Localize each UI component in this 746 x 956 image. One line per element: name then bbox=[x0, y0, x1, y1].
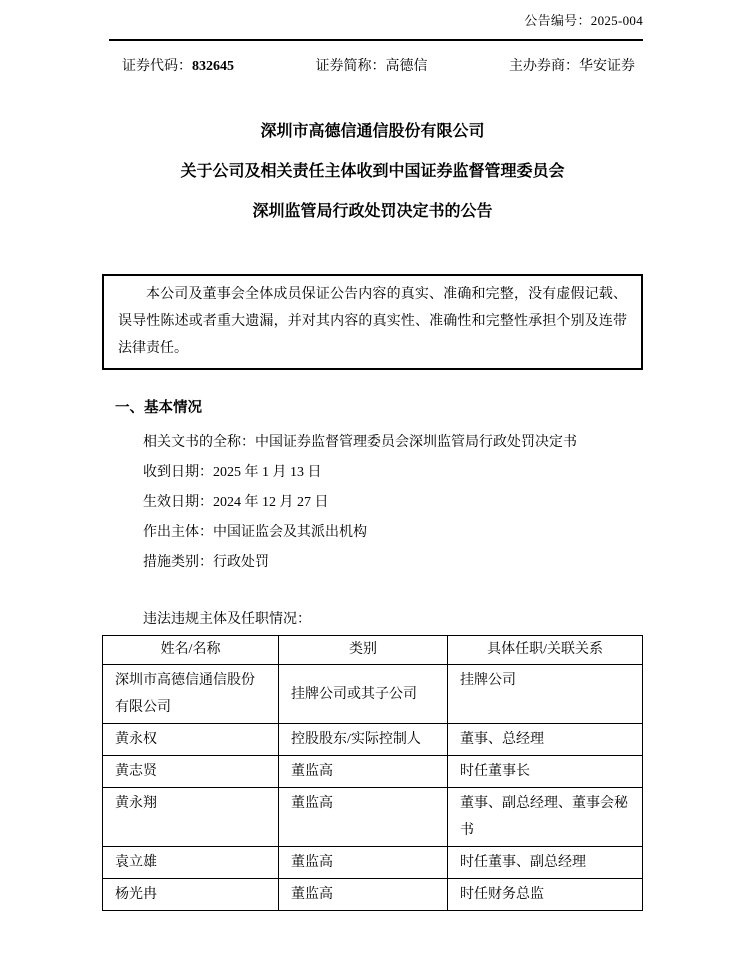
cell-category: 董监高 bbox=[279, 756, 448, 788]
detail-effective-date: 生效日期：2024 年 12 月 27 日 bbox=[143, 488, 643, 518]
sponsor-broker: 主办券商：华安证券 bbox=[509, 57, 635, 76]
section-heading-basic-info: 一、基本情况 bbox=[115, 398, 643, 418]
detail-issuing-body: 作出主体：中国证监会及其派出机构 bbox=[143, 518, 643, 548]
stock-code: 证券代码：832645 bbox=[122, 57, 234, 76]
title-line-3: 深圳监管局行政处罚决定书的公告 bbox=[102, 192, 643, 232]
table-row: 袁立雄 董监高 时任董事、副总经理 bbox=[103, 847, 643, 879]
cell-category: 控股股东/实际控制人 bbox=[279, 724, 448, 756]
cell-category: 董监高 bbox=[279, 879, 448, 911]
table-row: 黄志贤 董监高 时任董事长 bbox=[103, 756, 643, 788]
sponsor-broker-value: 华安证券 bbox=[579, 59, 635, 74]
cell-name: 黄永翔 bbox=[103, 788, 279, 847]
cell-category: 董监高 bbox=[279, 788, 448, 847]
cell-name: 黄志贤 bbox=[103, 756, 279, 788]
table-row: 黄永翔 董监高 董事、副总经理、董事会秘书 bbox=[103, 788, 643, 847]
column-header-name: 姓名/名称 bbox=[103, 636, 279, 665]
announcement-page: 公告编号：2025-004 证券代码：832645 证券简称：高德信 主办券商：… bbox=[0, 0, 746, 956]
cell-position: 董事、总经理 bbox=[448, 724, 643, 756]
stock-code-value: 832645 bbox=[192, 59, 234, 74]
table-row: 黄永权 控股股东/实际控制人 董事、总经理 bbox=[103, 724, 643, 756]
page-content: 公告编号：2025-004 证券代码：832645 证券简称：高德信 主办券商：… bbox=[0, 0, 746, 911]
cell-category: 董监高 bbox=[279, 847, 448, 879]
subjects-table-caption: 违法违规主体及任职情况： bbox=[143, 610, 643, 630]
detail-received-date: 收到日期：2025 年 1 月 13 日 bbox=[143, 458, 643, 488]
announcement-title: 深圳市高德信通信股份有限公司 关于公司及相关责任主体收到中国证券监督管理委员会 … bbox=[102, 112, 643, 232]
stock-short-name: 证券简称：高德信 bbox=[316, 57, 428, 76]
title-line-2: 关于公司及相关责任主体收到中国证券监督管理委员会 bbox=[102, 152, 643, 192]
securities-header: 证券代码：832645 证券简称：高德信 主办券商：华安证券 bbox=[122, 57, 635, 76]
header-rule bbox=[109, 39, 643, 41]
basic-info-details: 相关文书的全称：中国证券监督管理委员会深圳监管局行政处罚决定书 收到日期：202… bbox=[143, 428, 643, 578]
title-line-1: 深圳市高德信通信股份有限公司 bbox=[102, 112, 643, 152]
cell-position: 时任董事、副总经理 bbox=[448, 847, 643, 879]
column-header-category: 类别 bbox=[279, 636, 448, 665]
disclaimer-box: 本公司及董事会全体成员保证公告内容的真实、准确和完整，没有虚假记载、误导性陈述或… bbox=[102, 274, 643, 370]
column-header-position: 具体任职/关联关系 bbox=[448, 636, 643, 665]
stock-short-name-value: 高德信 bbox=[386, 59, 428, 74]
cell-category: 挂牌公司或其子公司 bbox=[279, 665, 448, 724]
cell-name: 袁立雄 bbox=[103, 847, 279, 879]
stock-code-label: 证券代码： bbox=[122, 59, 192, 74]
cell-position: 时任董事长 bbox=[448, 756, 643, 788]
cell-position: 董事、副总经理、董事会秘书 bbox=[448, 788, 643, 847]
cell-position: 时任财务总监 bbox=[448, 879, 643, 911]
table-header-row: 姓名/名称 类别 具体任职/关联关系 bbox=[103, 636, 643, 665]
cell-name: 黄永权 bbox=[103, 724, 279, 756]
table-row: 深圳市高德信通信股份有限公司 挂牌公司或其子公司 挂牌公司 bbox=[103, 665, 643, 724]
cell-name: 杨光冉 bbox=[103, 879, 279, 911]
detail-measure-type: 措施类别：行政处罚 bbox=[143, 548, 643, 578]
disclaimer-text: 本公司及董事会全体成员保证公告内容的真实、准确和完整，没有虚假记载、误导性陈述或… bbox=[118, 281, 627, 362]
stock-short-name-label: 证券简称： bbox=[316, 59, 386, 74]
table-row: 杨光冉 董监高 时任财务总监 bbox=[103, 879, 643, 911]
announcement-number: 公告编号：2025-004 bbox=[102, 0, 643, 29]
cell-position: 挂牌公司 bbox=[448, 665, 643, 724]
sponsor-broker-label: 主办券商： bbox=[509, 59, 579, 74]
violation-subjects-table: 姓名/名称 类别 具体任职/关联关系 深圳市高德信通信股份有限公司 挂牌公司或其… bbox=[102, 635, 643, 911]
detail-document-name: 相关文书的全称：中国证券监督管理委员会深圳监管局行政处罚决定书 bbox=[143, 428, 643, 458]
cell-name: 深圳市高德信通信股份有限公司 bbox=[103, 665, 279, 724]
